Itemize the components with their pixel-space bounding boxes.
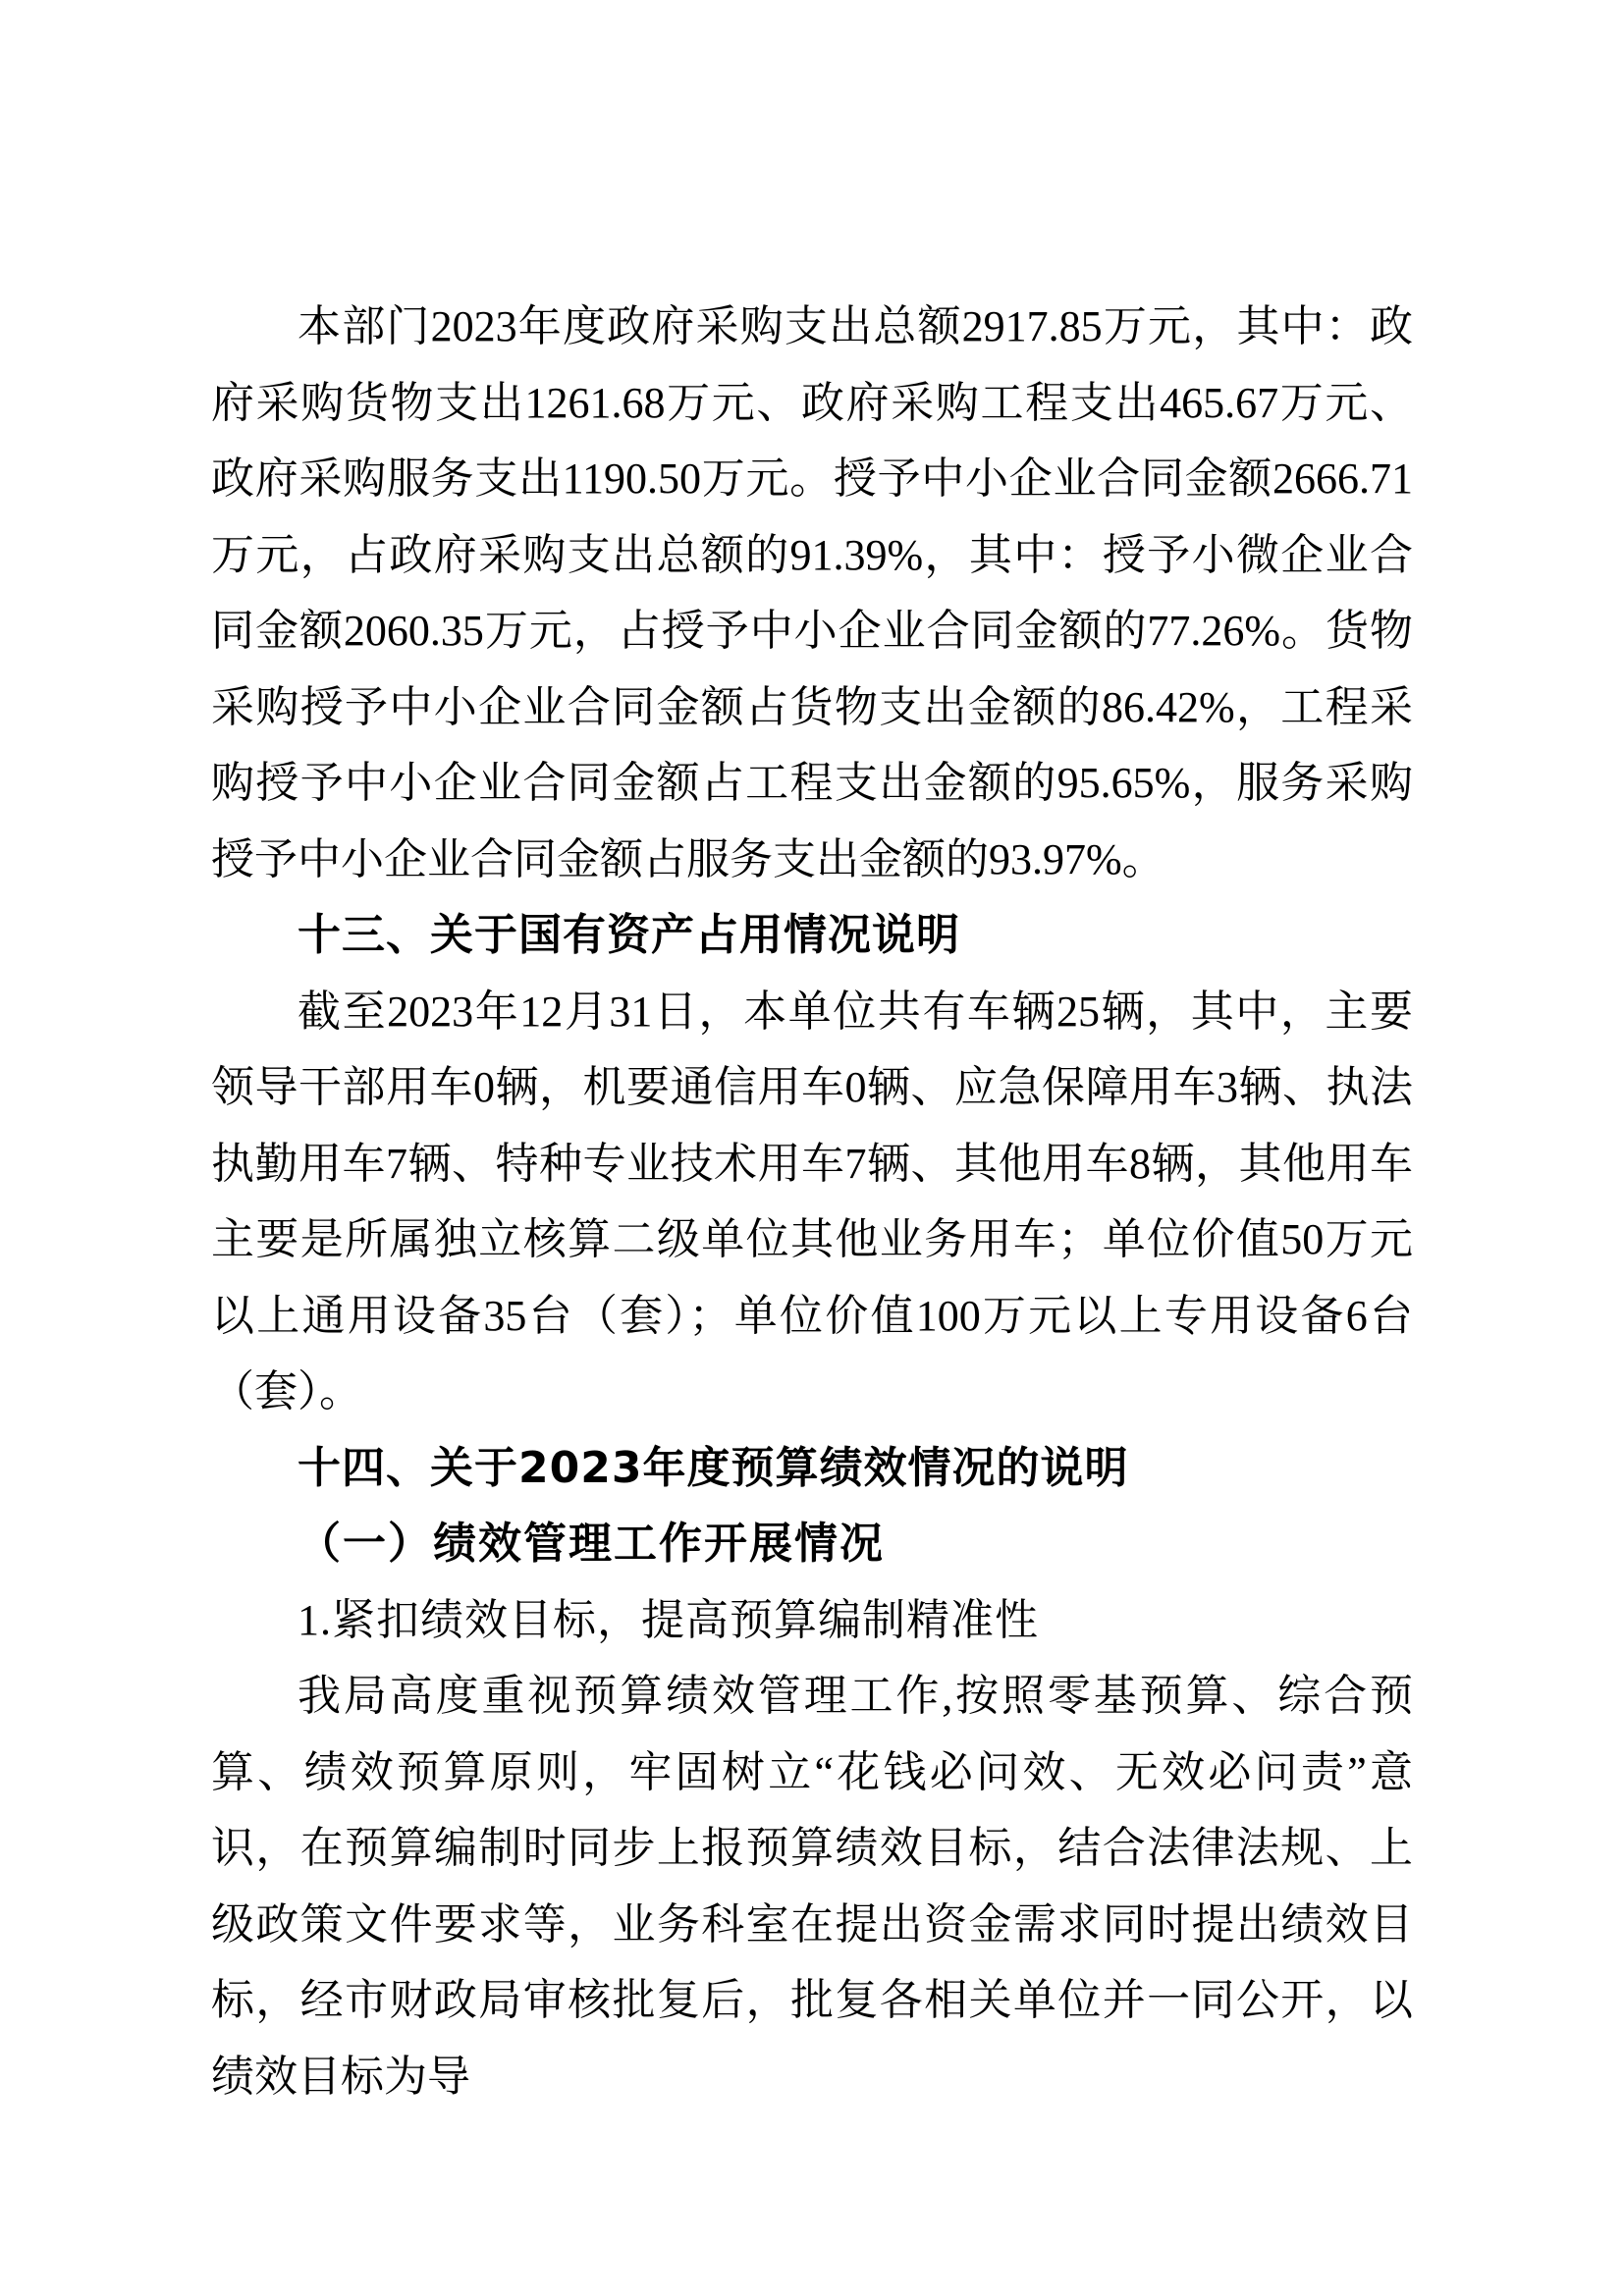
heading-performance-goals: 1.紧扣绩效目标，提高预算编制精准性 (211, 1582, 1413, 1659)
heading-section-13-state-assets: 十三、关于国有资产占用情况说明 (211, 897, 1413, 974)
heading-performance-management-work: （一）绩效管理工作开展情况 (211, 1506, 1413, 1582)
paragraph-state-assets-usage: 截至2023年12月31日，本单位共有车辆25辆，其中，主要领导干部用车0辆，机… (211, 974, 1413, 1430)
heading-section-14-budget-performance: 十四、关于2023年度预算绩效情况的说明 (211, 1430, 1413, 1507)
document-text-block: 本部门2023年度政府采购支出总额2917.85万元，其中：政府采购货物支出12… (211, 289, 1413, 2114)
paragraph-performance-detail: 我局高度重视预算绩效管理工作,按照零基预算、综合预算、绩效预算原则，牢固树立“花… (211, 1658, 1413, 2114)
document-page: 本部门2023年度政府采购支出总额2917.85万元，其中：政府采购货物支出12… (0, 0, 1624, 2296)
paragraph-government-procurement: 本部门2023年度政府采购支出总额2917.85万元，其中：政府采购货物支出12… (211, 289, 1413, 897)
